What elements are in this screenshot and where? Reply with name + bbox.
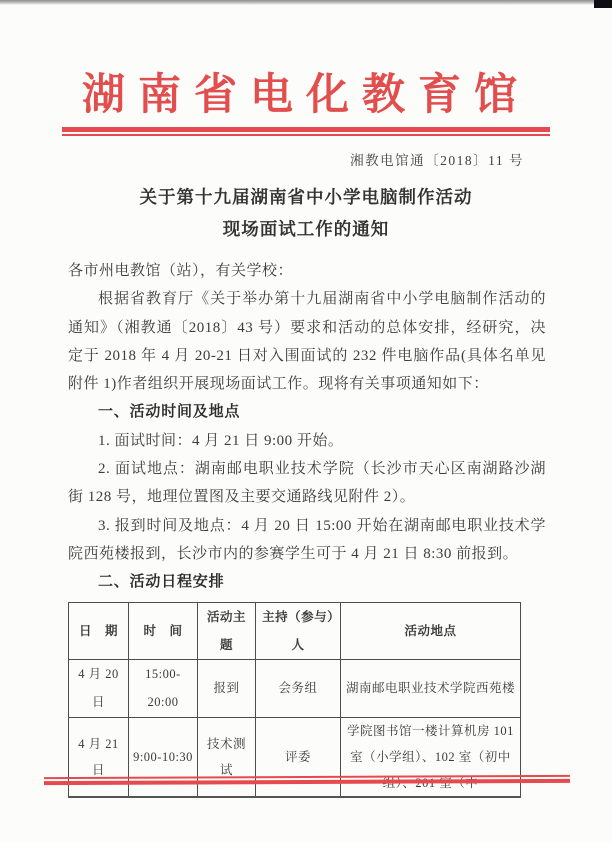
salutation: 各市州电教馆（站），有关学校： [68, 257, 546, 285]
cell-location: 学院图书馆一楼计算机房 101 室（小学组）、102 室（初中组）、201 室（… [341, 717, 521, 797]
schedule-table: 日 期 时 间 活动主题 主持（参与）人 活动地点 4 月 20 日 15:00… [68, 602, 521, 798]
scan-edge-artifact [0, 0, 612, 5]
cell-time: 9:00-10:30 [129, 717, 198, 797]
document-title: 关于第十九届湖南省中小学电脑制作活动 现场面试工作的通知 [0, 181, 612, 245]
col-header-date: 日 期 [69, 602, 129, 660]
table-row: 4 月 21 日 9:00-10:30 技术测试 评委 学院图书馆一楼计算机房 … [69, 717, 521, 797]
cell-location: 湖南邮电职业技术学院西苑楼 [341, 660, 521, 718]
letterhead-org-title: 湖南省电化教育馆 [0, 68, 612, 124]
intro-paragraph: 根据省教育厅《关于举办第十九届湖南省中小学电脑制作活动的通知》（湘教通〔2018… [68, 285, 546, 398]
section1-item2: 2. 面试地点：湖南邮电职业技术学院（长沙市天心区南湖路沙湖街 128 号，地理… [68, 455, 546, 512]
letterhead-double-rule [62, 127, 550, 136]
section1-item3: 3. 报到时间及地点：4 月 20 日 15:00 开始在湖南邮电职业技术学院西… [68, 512, 546, 569]
document-page: 湖南省电化教育馆 湘教电馆通〔2018〕11 号 关于第十九届湖南省中小学电脑制… [0, 0, 612, 842]
scan-corner-mark [594, 0, 612, 8]
cell-topic: 技术测试 [198, 717, 256, 797]
document-title-line2: 现场面试工作的通知 [0, 213, 612, 245]
section1-item1: 1. 面试时间：4 月 21 日 9:00 开始。 [68, 427, 546, 455]
section2-heading: 二、活动日程安排 [68, 568, 546, 596]
table-row: 4 月 20 日 15:00-20:00 报到 会务组 湖南邮电职业技术学院西苑… [69, 660, 521, 718]
cell-time: 15:00-20:00 [129, 660, 198, 718]
col-header-host: 主持（参与）人 [256, 602, 341, 660]
document-body: 各市州电教馆（站），有关学校： 根据省教育厅《关于举办第十九届湖南省中小学电脑制… [68, 257, 546, 798]
cell-host: 评委 [256, 717, 341, 797]
col-header-topic: 活动主题 [198, 602, 256, 660]
cell-topic: 报到 [198, 660, 256, 718]
section1-heading: 一、活动时间及地点 [68, 398, 546, 426]
schedule-header-row: 日 期 时 间 活动主题 主持（参与）人 活动地点 [69, 602, 521, 660]
col-header-time: 时 间 [129, 602, 198, 660]
cell-date: 4 月 20 日 [69, 660, 129, 718]
rule-thin-line [62, 134, 550, 136]
cell-host: 会务组 [256, 660, 341, 718]
col-header-location: 活动地点 [341, 602, 521, 660]
document-title-line1: 关于第十九届湖南省中小学电脑制作活动 [0, 181, 612, 213]
document-number: 湘教电馆通〔2018〕11 号 [350, 149, 524, 169]
